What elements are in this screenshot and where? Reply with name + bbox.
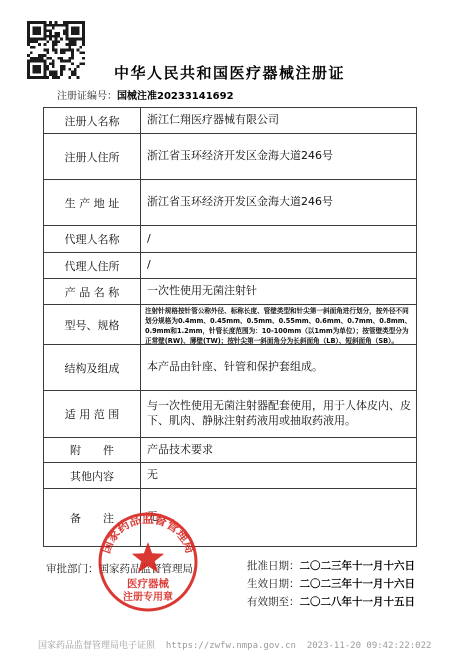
row-value: / (141, 253, 416, 278)
approve-date-label: 批准日期： (247, 560, 300, 572)
certificate-number-value: 国械注准20233141692 (117, 91, 234, 102)
row-label: 代理人名称 (44, 226, 141, 252)
table-row: 代理人名称 / (44, 225, 416, 252)
certificate-number-line: 注册证编号：国械注准20233141692 (57, 87, 234, 102)
table-row: 适 用 范 围 与一次性使用无菌注射器配套使用，用于人体皮内、皮下、肌肉、静脉注… (44, 390, 416, 437)
row-label: 注册人住所 (44, 134, 141, 179)
footer-issuer: 国家药品监督管理局电子证照 (38, 641, 155, 651)
row-value: 产品技术要求 (141, 438, 416, 462)
table-row-specs: 型号、规格 注射针规格按针管公称外径、标称长度、管壁类型和针尖第一斜面角进行划分… (44, 304, 416, 344)
row-value: 注射针规格按针管公称外径、标称长度、管壁类型和针尖第一斜面角进行划分，按外径不同… (141, 305, 416, 344)
approval-department-value: 国家药品监督管理局 (99, 563, 194, 575)
approve-date-line: 批准日期：二〇二三年十一月十六日 (247, 557, 415, 575)
row-label: 结构及组成 (44, 345, 141, 390)
dates-block: 批准日期：二〇二三年十一月十六日 生效日期：二〇二三年十一月十六日 有效期至：二… (247, 557, 415, 611)
effective-date-line: 生效日期：二〇二三年十一月十六日 (247, 575, 415, 593)
row-label: 代理人住所 (44, 253, 141, 278)
row-value: 与一次性使用无菌注射器配套使用，用于人体皮内、皮下、肌肉、静脉注射药液用或抽取药… (141, 391, 416, 437)
effective-date-label: 生效日期： (247, 578, 300, 590)
stamp-text-line1: 医疗器械 (127, 577, 169, 590)
table-row: 结构及组成 本产品由针座、针管和保护套组成。 (44, 344, 416, 390)
row-value: 无 (141, 489, 416, 546)
table-row: 产 品 名 称 一次性使用无菌注射针 (44, 278, 416, 304)
row-label: 附 件 (44, 438, 141, 462)
row-label: 注册人名称 (44, 108, 141, 133)
certificate-table: 注册人名称 浙江仁翔医疗器械有限公司 注册人住所 浙江省玉环经济开发区金海大道2… (43, 107, 417, 547)
table-row: 备 注 无 (44, 488, 416, 546)
table-row: 注册人住所 浙江省玉环经济开发区金海大道246号 (44, 133, 416, 179)
certificate-number-label: 注册证编号： (57, 91, 117, 102)
approve-date-value: 二〇二三年十一月十六日 (300, 560, 416, 572)
row-value: 浙江省玉环经济开发区金海大道246号 (141, 180, 416, 225)
row-value: 一次性使用无菌注射针 (141, 279, 416, 304)
approval-department-label: 审批部门： (46, 563, 99, 575)
row-label: 备 注 (44, 489, 141, 546)
row-label: 产 品 名 称 (44, 279, 141, 304)
stamp-text-line2: 注册专用章 (123, 590, 173, 603)
expiry-date-value: 二〇二八年十一月十五日 (300, 596, 416, 608)
row-label: 生 产 地 址 (44, 180, 141, 225)
row-value: 浙江省玉环经济开发区金海大道246号 (141, 134, 416, 179)
table-row: 代理人住所 / (44, 252, 416, 278)
row-label: 型号、规格 (44, 305, 141, 344)
expiry-date-label: 有效期至： (247, 596, 300, 608)
table-row: 生 产 地 址 浙江省玉环经济开发区金海大道246号 (44, 179, 416, 225)
electronic-license-footer: 国家药品监督管理局电子证照 https://zwfw.nmpa.gov.cn 2… (38, 638, 439, 651)
effective-date-value: 二〇二三年十一月十六日 (300, 578, 416, 590)
footer-url: https://zwfw.nmpa.gov.cn (166, 641, 296, 651)
row-value: 本产品由针座、针管和保护套组成。 (141, 345, 416, 390)
table-row: 附 件 产品技术要求 (44, 437, 416, 462)
row-value: 无 (141, 463, 416, 488)
table-row: 其他内容 无 (44, 462, 416, 488)
row-value: / (141, 226, 416, 252)
certificate-page: 中华人民共和国医疗器械注册证 注册证编号：国械注准20233141692 注册人… (0, 0, 459, 659)
row-label: 适 用 范 围 (44, 391, 141, 437)
row-value: 浙江仁翔医疗器械有限公司 (141, 108, 416, 133)
approval-department-line: 审批部门：国家药品监督管理局 (46, 561, 193, 576)
table-row: 注册人名称 浙江仁翔医疗器械有限公司 (44, 108, 416, 133)
footer-timestamp: 2023-11-20 09:42:22:022 (307, 641, 432, 651)
row-label: 其他内容 (44, 463, 141, 488)
page-title: 中华人民共和国医疗器械注册证 (0, 62, 459, 83)
expiry-date-line: 有效期至：二〇二八年十一月十五日 (247, 593, 415, 611)
